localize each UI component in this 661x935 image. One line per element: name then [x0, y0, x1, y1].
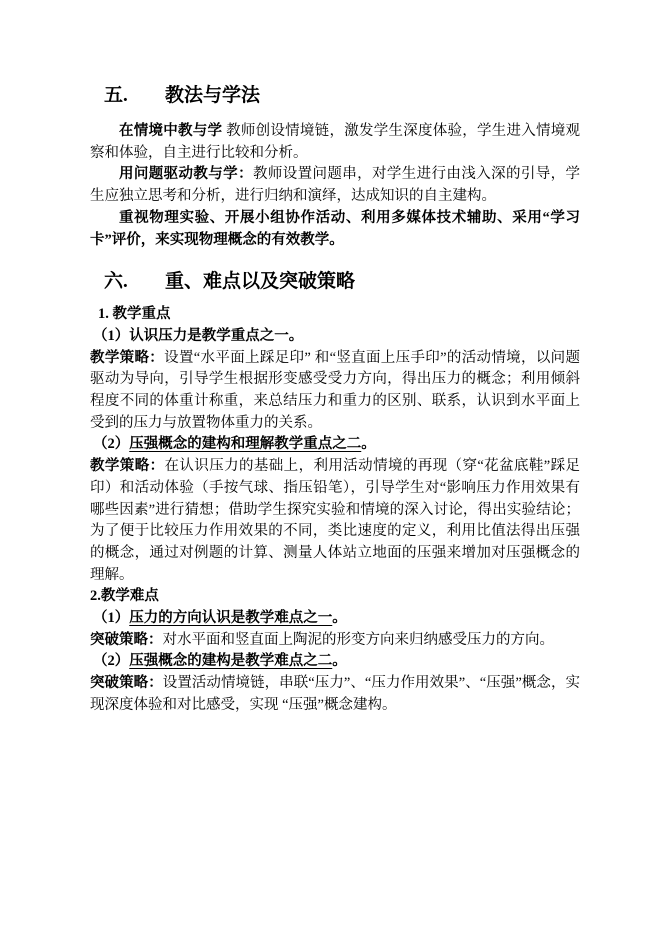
key-point-2-strategy: 教学策略：在认识压力的基础上，利用活动情境的再现（穿“花盆底鞋”踩足印）和活动体…: [90, 456, 580, 586]
difficulty-1-title-tail: 。: [332, 610, 347, 626]
difficulty-1-strategy-lead: 突破策略：: [90, 632, 163, 648]
key-point-2-title-text: 压强概念的建构和理解教学重点之二: [129, 436, 361, 452]
difficulty-1-strategy: 突破策略：对水平面和竖直面上陶泥的形变方向来归纳感受压力的方向。: [90, 630, 580, 652]
difficulty-2-title-text: 压强概念的建构是教学难点之二: [129, 653, 332, 669]
section-six-title: 重、难点以及突破策略: [165, 271, 355, 292]
difficulty-2-strategy-lead: 突破策略：: [90, 675, 163, 691]
key-point-1-title: （1）认识压力是教学重点之一。: [90, 326, 580, 348]
key-point-2-marker: （2）: [93, 436, 129, 452]
para-context-teaching-lead: 在情境中教与学: [119, 123, 222, 139]
para-question-driven: 用问题驱动教与学：教师设置问题串，对学生进行由浅入深的引导，学生应独立思考和分析…: [90, 164, 580, 207]
section-five-title: 教法与学法: [165, 85, 260, 106]
difficulty-1-title-text: 压力的方向认识是教学难点之一: [129, 610, 332, 626]
difficulty-1-title: （1）压力的方向认识是教学难点之一。: [90, 608, 580, 630]
subheading-teaching-difficulties: 2.教学难点: [90, 586, 580, 608]
para-physics-experiment: 重视物理实验、开展小组协作活动、利用多媒体技术辅助、采用“学习卡”评价，来实现物…: [90, 208, 580, 251]
key-point-1-strategy-lead: 教学策略：: [90, 350, 164, 366]
subheading-teaching-key-points: 1. 教学重点: [90, 304, 580, 326]
section-five-number: 五.: [104, 84, 165, 108]
section-six-number: 六.: [104, 270, 165, 294]
difficulty-2-marker: （2）: [93, 653, 129, 669]
difficulty-2-strategy: 突破策略：设置活动情境链，串联“压力”、“压力作用效果”、“压强”概念，实现深度…: [90, 673, 580, 716]
difficulty-2-strategy-text: 设置活动情境链，串联“压力”、“压力作用效果”、“压强”概念，实现深度体验和对比…: [90, 675, 580, 713]
key-point-2-title-tail: 。: [361, 436, 376, 452]
key-point-2-strategy-lead: 教学策略：: [90, 458, 165, 474]
key-point-1-strategy: 教学策略：设置“水平面上踩足印” 和“竖直面上压手印”的活动情境，以问题驱动为导…: [90, 348, 580, 435]
section-six-heading: 六.重、难点以及突破策略: [90, 270, 580, 294]
difficulty-2-title-tail: 。: [332, 653, 347, 669]
document-content: 五.教法与学法 在情境中教与学 教师创设情境链，激发学生深度体验，学生进入情境观…: [90, 84, 580, 717]
difficulty-2-title: （2）压强概念的建构是教学难点之二。: [90, 651, 580, 673]
para-question-driven-lead: 用问题驱动教与学：: [119, 166, 253, 182]
section-five-heading: 五.教法与学法: [90, 84, 580, 108]
difficulty-1-marker: （1）: [93, 610, 129, 626]
key-point-2-strategy-text: 在认识压力的基础上，利用活动情境的再现（穿“花盆底鞋”踩足印）和活动体验（手按气…: [90, 458, 580, 583]
document-page: 五.教法与学法 在情境中教与学 教师创设情境链，激发学生深度体验，学生进入情境观…: [0, 0, 661, 935]
difficulty-1-strategy-text: 对水平面和竖直面上陶泥的形变方向来归纳感受压力的方向。: [163, 632, 555, 648]
para-context-teaching: 在情境中教与学 教师创设情境链，激发学生深度体验，学生进入情境观察和体验，自主进…: [90, 121, 580, 164]
key-point-1-strategy-text: 设置“水平面上踩足印” 和“竖直面上压手印”的活动情境，以问题驱动为导向，引导学…: [90, 350, 580, 431]
key-point-2-title: （2）压强概念的建构和理解教学重点之二。: [90, 434, 580, 456]
